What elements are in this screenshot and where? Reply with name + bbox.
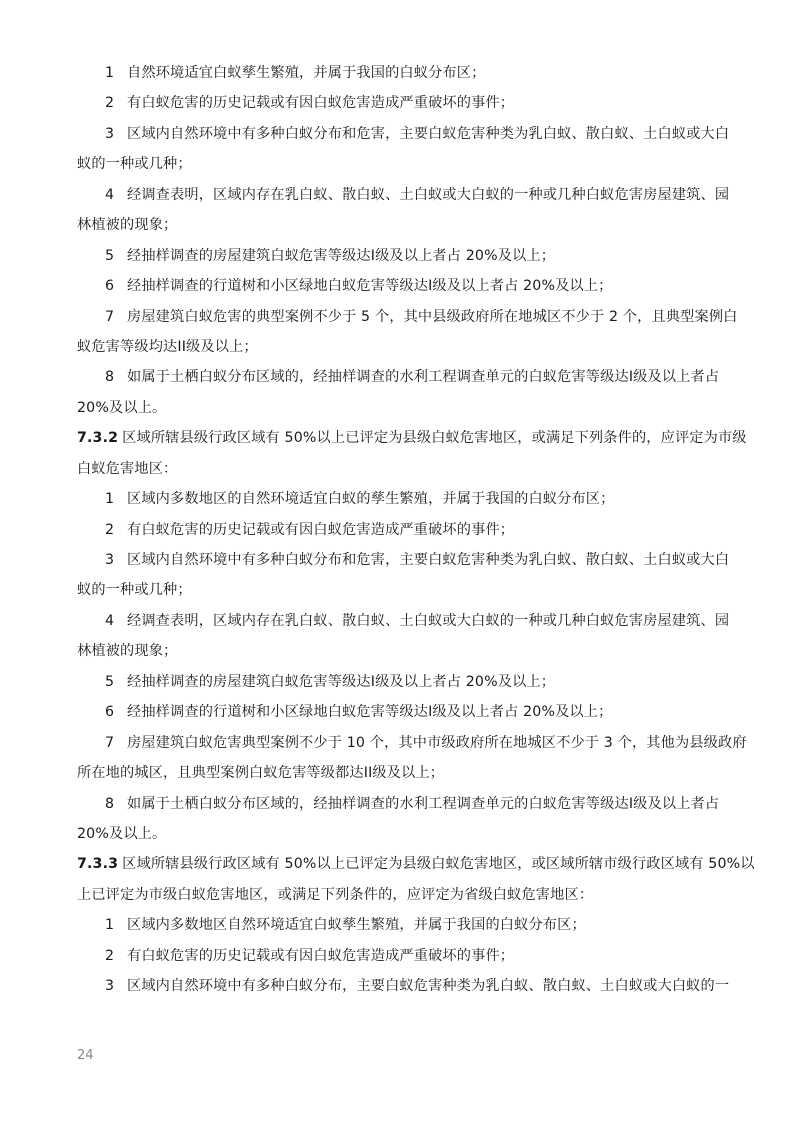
continuation-line: 20%及以上。 <box>77 819 727 849</box>
list-item: 1自然环境适宜白蚁孳生繁殖，并属于我国的白蚁分布区； <box>77 58 727 88</box>
list-item: 3区域内自然环境中有多种白蚁分布，主要白蚁危害种类为乳白蚁、散白蚁、土白蚁或大白… <box>77 971 727 1001</box>
line-text: 经抽样调查的房屋建筑白蚁危害等级达I级及以上者占 20%及以上； <box>127 674 555 690</box>
continuation-line: 蚁危害等级均达II级及以上； <box>77 332 727 362</box>
line-text: 区域内自然环境中有多种白蚁分布，主要白蚁危害种类为乳白蚁、散白蚁、土白蚁或大白蚁… <box>127 978 729 994</box>
item-number: 6 <box>77 697 127 727</box>
line-text: 20%及以上。 <box>77 400 166 416</box>
list-item: 4经调查表明，区域内存在乳白蚁、散白蚁、土白蚁或大白蚁的一种或几种白蚁危害房屋建… <box>77 180 727 210</box>
line-text: 林植被的现象； <box>77 643 177 659</box>
list-item: 8如属于土栖白蚁分布区域的，经抽样调查的水利工程调查单元的白蚁危害等级达I级及以… <box>77 789 727 819</box>
list-item: 5经抽样调查的房屋建筑白蚁危害等级达I级及以上者占 20%及以上； <box>77 667 727 697</box>
list-item: 8如属于土栖白蚁分布区域的，经抽样调查的水利工程调查单元的白蚁危害等级达I级及以… <box>77 362 727 392</box>
line-text: 房屋建筑白蚁危害典型案例不少于 10 个，其中市级政府所在地城区不少于 3 个，… <box>127 735 747 751</box>
line-text: 区域内多数地区的自然环境适宜白蚁的孳生繁殖，并属于我国的白蚁分布区； <box>127 491 614 507</box>
line-text: 如属于土栖白蚁分布区域的，经抽样调查的水利工程调查单元的白蚁危害等级达I级及以上… <box>127 369 719 385</box>
item-number: 3 <box>77 119 127 149</box>
line-text: 经调查表明，区域内存在乳白蚁、散白蚁、土白蚁或大白蚁的一种或几种白蚁危害房屋建筑… <box>127 613 729 629</box>
list-item: 5经抽样调查的房屋建筑白蚁危害等级达I级及以上者占 20%及以上； <box>77 241 727 271</box>
continuation-line: 蚁的一种或几种； <box>77 575 727 605</box>
line-text: 区域内自然环境中有多种白蚁分布和危害，主要白蚁危害种类为乳白蚁、散白蚁、土白蚁或… <box>127 126 729 142</box>
item-number: 2 <box>77 88 127 118</box>
list-item: 4经调查表明，区域内存在乳白蚁、散白蚁、土白蚁或大白蚁的一种或几种白蚁危害房屋建… <box>77 606 727 636</box>
list-item: 1区域内多数地区自然环境适宜白蚁孳生繁殖，并属于我国的白蚁分布区； <box>77 910 727 940</box>
continuation-line: 林植被的现象； <box>77 210 727 240</box>
item-number: 3 <box>77 545 127 575</box>
line-text: 蚁危害等级均达II级及以上； <box>77 339 258 355</box>
item-number: 2 <box>77 941 127 971</box>
document-body: 1自然环境适宜白蚁孳生繁殖，并属于我国的白蚁分布区；2有白蚁危害的历史记载或有因… <box>77 58 727 1002</box>
item-number: 4 <box>77 606 127 636</box>
list-item: 7房屋建筑白蚁危害的典型案例不少于 5 个，其中县级政府所在地城区不少于 2 个… <box>77 302 727 332</box>
clause-heading: 7.3.2区域所辖县级行政区域有 50%以上已评定为县级白蚁危害地区，或满足下列… <box>77 423 727 453</box>
list-item: 3区域内自然环境中有多种白蚁分布和危害，主要白蚁危害种类为乳白蚁、散白蚁、土白蚁… <box>77 119 727 149</box>
item-number: 7 <box>77 302 127 332</box>
line-text: 区域所辖县级行政区域有 50%以上已评定为县级白蚁危害地区，或区域所辖市级行政区… <box>122 856 754 872</box>
list-item: 2有白蚁危害的历史记载或有因白蚁危害造成严重破坏的事件； <box>77 941 727 971</box>
continuation-line: 白蚁危害地区： <box>77 454 727 484</box>
item-number: 1 <box>77 910 127 940</box>
line-text: 白蚁危害地区： <box>77 461 177 477</box>
line-text: 蚁的一种或几种； <box>77 156 192 172</box>
line-text: 所在地的城区，且典型案例白蚁危害等级都达II级及以上； <box>77 765 444 781</box>
item-number: 1 <box>77 58 127 88</box>
list-item: 6经抽样调查的行道树和小区绿地白蚁危害等级达I级及以上者占 20%及以上； <box>77 271 727 301</box>
continuation-line: 蚁的一种或几种； <box>77 149 727 179</box>
item-number: 8 <box>77 789 127 819</box>
line-text: 如属于土栖白蚁分布区域的，经抽样调查的水利工程调查单元的白蚁危害等级达I级及以上… <box>127 796 719 812</box>
document-page: 1自然环境适宜白蚁孳生繁殖，并属于我国的白蚁分布区；2有白蚁危害的历史记载或有因… <box>0 0 800 1130</box>
line-text: 经抽样调查的行道树和小区绿地白蚁危害等级达I级及以上者占 20%及以上； <box>127 704 612 720</box>
continuation-line: 上已评定为市级白蚁危害地区，或满足下列条件的，应评定为省级白蚁危害地区： <box>77 880 727 910</box>
line-text: 20%及以上。 <box>77 826 166 842</box>
list-item: 3区域内自然环境中有多种白蚁分布和危害，主要白蚁危害种类为乳白蚁、散白蚁、土白蚁… <box>77 545 727 575</box>
line-text: 房屋建筑白蚁危害的典型案例不少于 5 个，其中县级政府所在地城区不少于 2 个，… <box>127 309 738 325</box>
continuation-line: 所在地的城区，且典型案例白蚁危害等级都达II级及以上； <box>77 758 727 788</box>
line-text: 经抽样调查的房屋建筑白蚁危害等级达I级及以上者占 20%及以上； <box>127 248 555 264</box>
item-number: 5 <box>77 667 127 697</box>
clause-number: 7.3.3 <box>77 856 118 872</box>
line-text: 有白蚁危害的历史记载或有因白蚁危害造成严重破坏的事件； <box>127 948 514 964</box>
line-text: 林植被的现象； <box>77 217 177 233</box>
continuation-line: 20%及以上。 <box>77 393 727 423</box>
list-item: 2有白蚁危害的历史记载或有因白蚁危害造成严重破坏的事件； <box>77 515 727 545</box>
list-item: 2有白蚁危害的历史记载或有因白蚁危害造成严重破坏的事件； <box>77 88 727 118</box>
list-item: 1区域内多数地区的自然环境适宜白蚁的孳生繁殖，并属于我国的白蚁分布区； <box>77 484 727 514</box>
item-number: 1 <box>77 484 127 514</box>
list-item: 7房屋建筑白蚁危害典型案例不少于 10 个，其中市级政府所在地城区不少于 3 个… <box>77 728 727 758</box>
list-item: 6经抽样调查的行道树和小区绿地白蚁危害等级达I级及以上者占 20%及以上； <box>77 697 727 727</box>
line-text: 经调查表明，区域内存在乳白蚁、散白蚁、土白蚁或大白蚁的一种或几种白蚁危害房屋建筑… <box>127 187 729 203</box>
clause-heading: 7.3.3区域所辖县级行政区域有 50%以上已评定为县级白蚁危害地区，或区域所辖… <box>77 849 727 879</box>
item-number: 2 <box>77 515 127 545</box>
line-text: 蚁的一种或几种； <box>77 582 192 598</box>
item-number: 6 <box>77 271 127 301</box>
line-text: 有白蚁危害的历史记载或有因白蚁危害造成严重破坏的事件； <box>127 95 514 111</box>
clause-number: 7.3.2 <box>77 430 118 446</box>
line-text: 区域内自然环境中有多种白蚁分布和危害，主要白蚁危害种类为乳白蚁、散白蚁、土白蚁或… <box>127 552 729 568</box>
line-text: 自然环境适宜白蚁孳生繁殖，并属于我国的白蚁分布区； <box>127 65 485 81</box>
page-number: 24 <box>77 1048 94 1063</box>
continuation-line: 林植被的现象； <box>77 636 727 666</box>
item-number: 7 <box>77 728 127 758</box>
line-text: 区域所辖县级行政区域有 50%以上已评定为县级白蚁危害地区，或满足下列条件的，应… <box>122 430 746 446</box>
line-text: 区域内多数地区自然环境适宜白蚁孳生繁殖，并属于我国的白蚁分布区； <box>127 917 586 933</box>
item-number: 5 <box>77 241 127 271</box>
line-text: 有白蚁危害的历史记载或有因白蚁危害造成严重破坏的事件； <box>127 522 514 538</box>
item-number: 8 <box>77 362 127 392</box>
line-text: 上已评定为市级白蚁危害地区，或满足下列条件的，应评定为省级白蚁危害地区： <box>77 887 593 903</box>
item-number: 4 <box>77 180 127 210</box>
item-number: 3 <box>77 971 127 1001</box>
line-text: 经抽样调查的行道树和小区绿地白蚁危害等级达I级及以上者占 20%及以上； <box>127 278 612 294</box>
